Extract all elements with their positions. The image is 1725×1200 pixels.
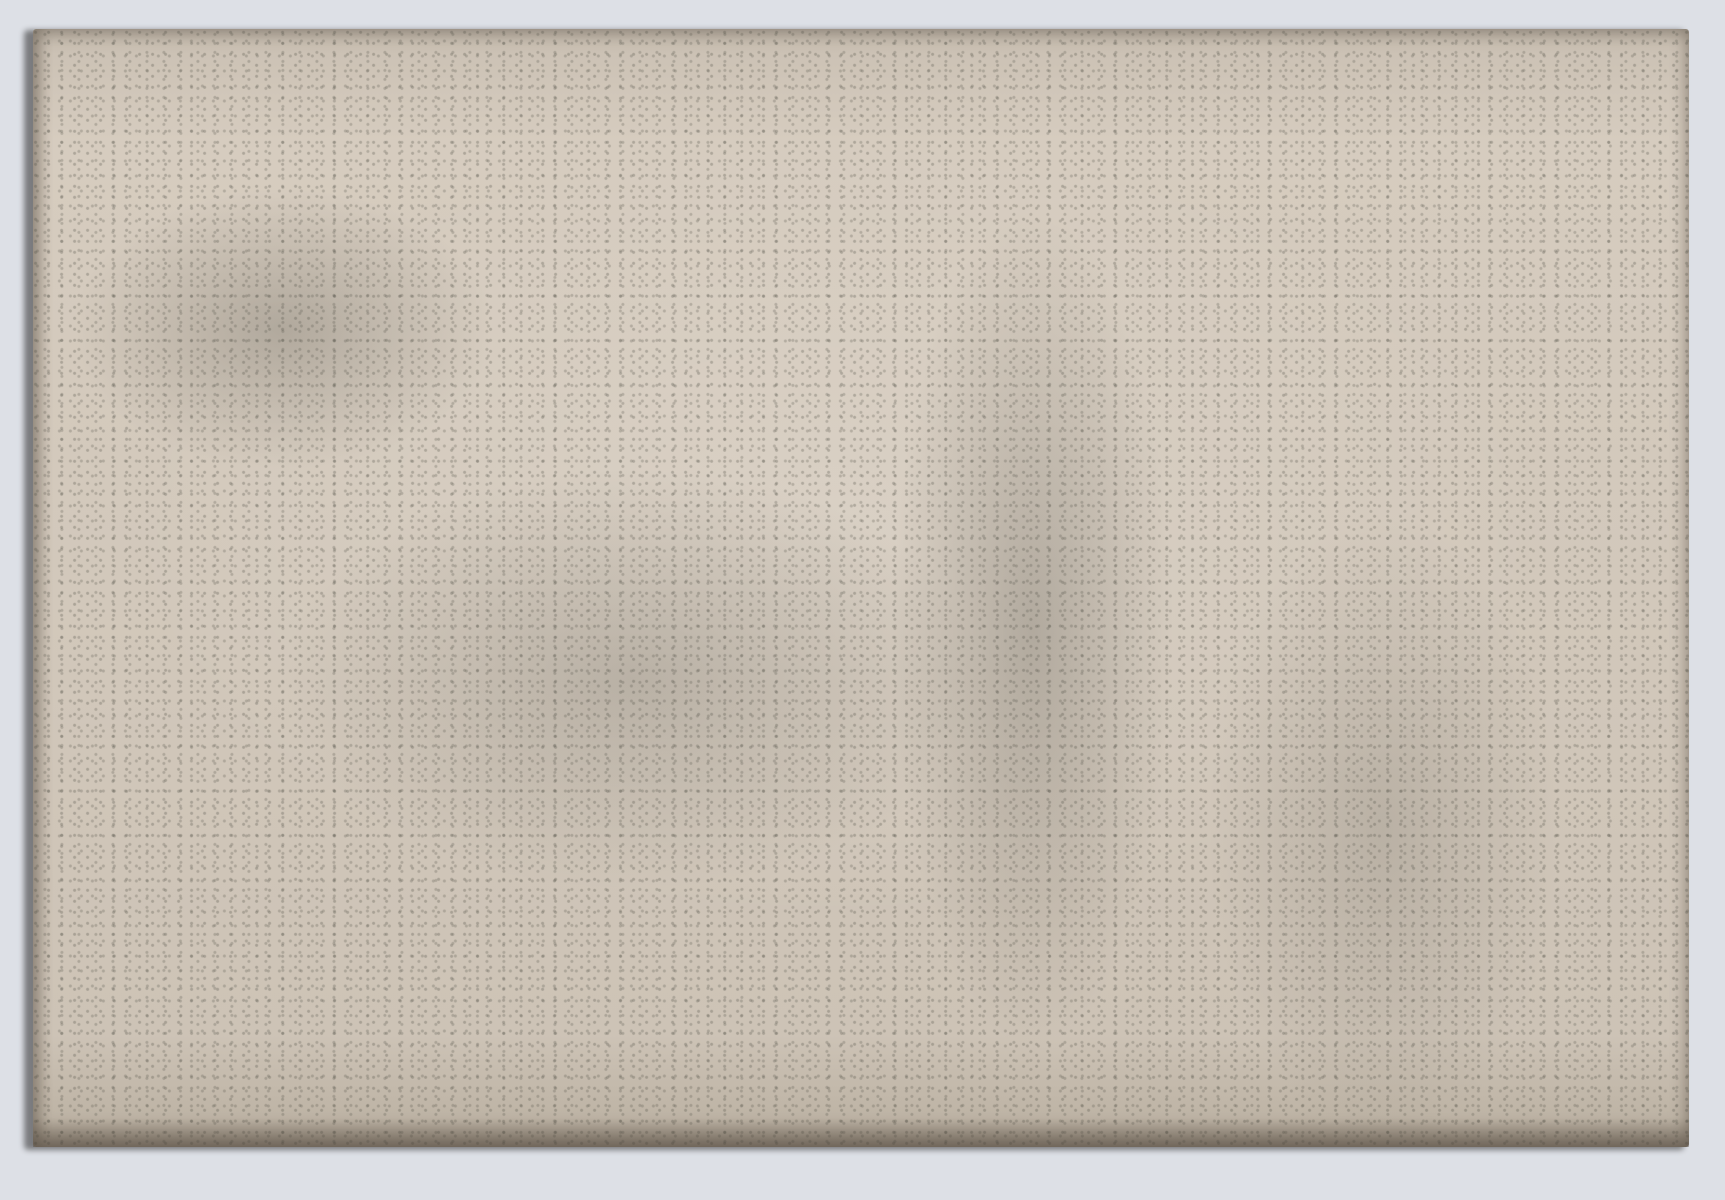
aged-paper-sheet xyxy=(33,29,1689,1147)
paper-bottom-edge xyxy=(33,1117,1689,1147)
paper-texture xyxy=(33,29,1689,1147)
